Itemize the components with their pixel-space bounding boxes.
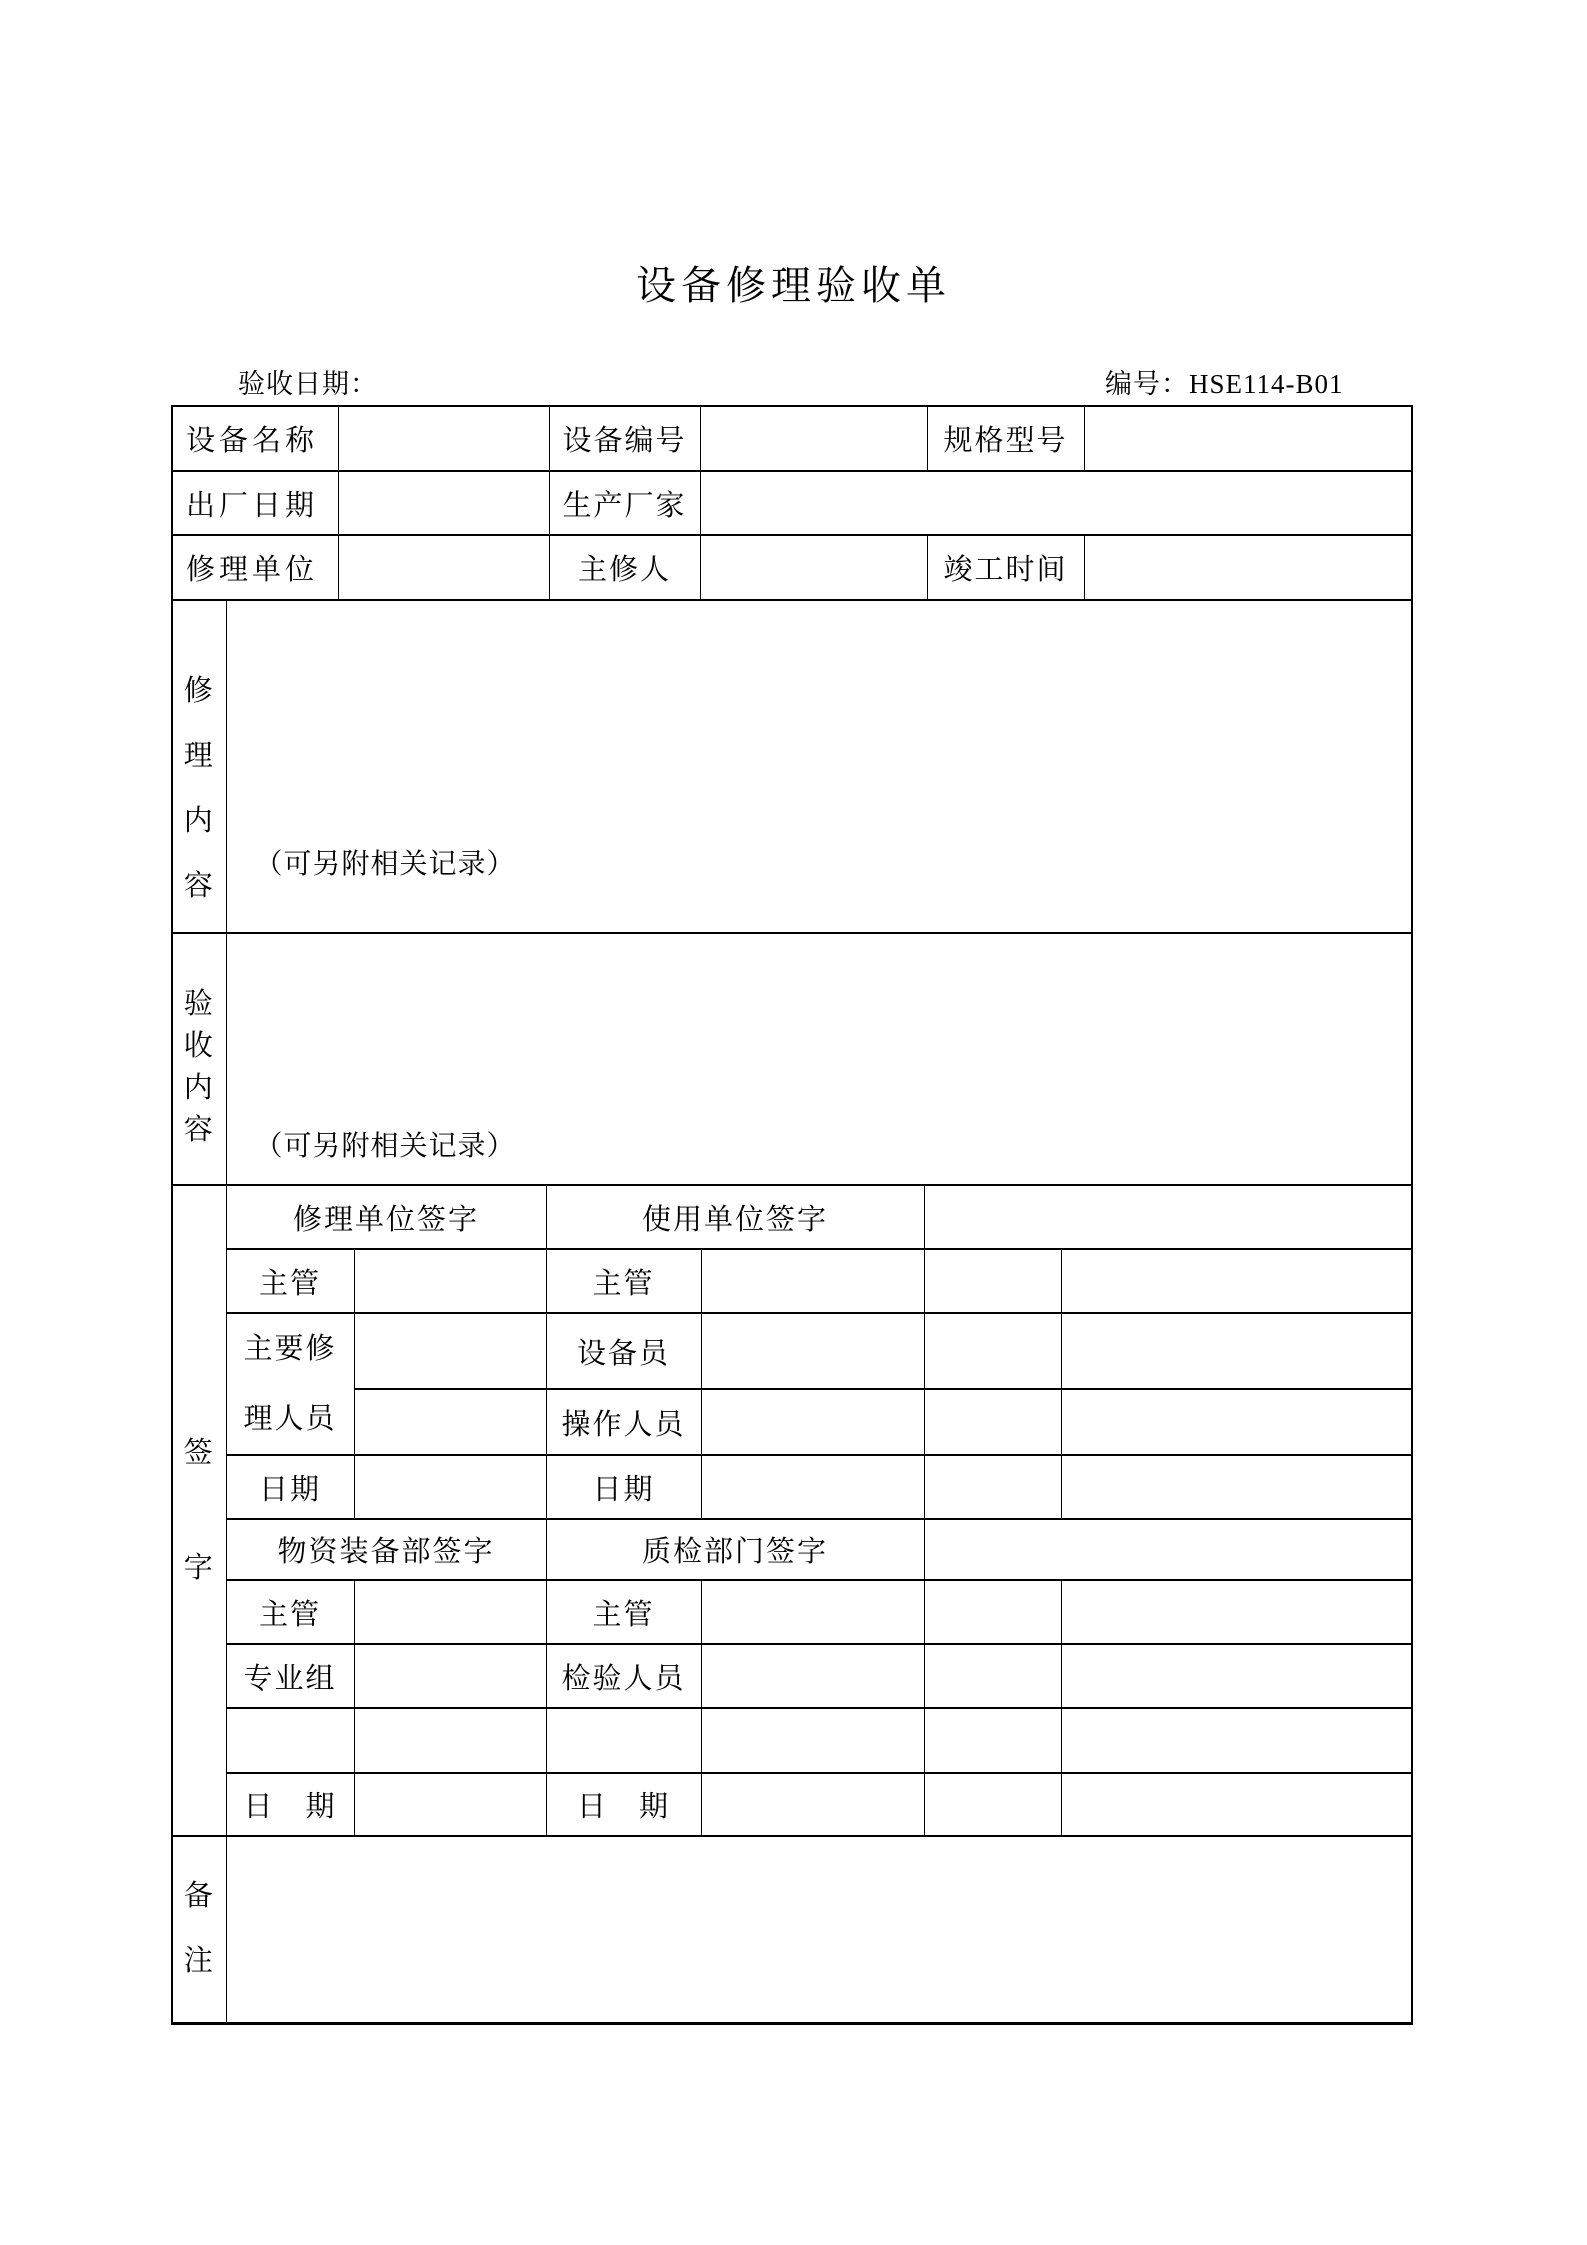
sign-cell[interactable] [1061,1773,1412,1836]
supervisor-material-value[interactable] [354,1580,546,1644]
equipment-clerk-value[interactable] [701,1313,924,1389]
specialty-group-value[interactable] [354,1644,546,1708]
equipment-name-label: 设备名称 [172,406,338,471]
spec-model-value[interactable] [1084,406,1412,471]
sign-cell[interactable] [1061,1580,1412,1644]
acceptance-content-area[interactable]: （可另附相关记录） [226,933,1412,1185]
specialty-group-label: 专业组 [226,1644,354,1708]
acceptance-date-label: 验收日期： [238,362,378,401]
table-row: 操作人员 [172,1389,1412,1455]
sign-cell[interactable] [924,1455,1061,1519]
factory-date-label: 出厂日期 [172,471,338,535]
material-dept-sign-header: 物资装备部签字 [226,1519,546,1580]
meta-line: 验收日期： 编号：HSE114-B01 [0,362,1587,396]
manufacturer-value[interactable] [700,471,1412,535]
date-qc-value[interactable] [701,1773,924,1836]
date-repair-label: 日期 [226,1455,354,1519]
sign-cell[interactable] [1061,1455,1412,1519]
document-page: 设备修理验收单 验收日期： 编号：HSE114-B01 设备名称 设备编号 规格… [0,0,1587,2245]
factory-date-value[interactable] [338,471,549,535]
sign-cell[interactable] [924,1644,1061,1708]
main-repairer-value-2[interactable] [354,1389,546,1455]
table-row: 修理单位 主修人 竣工时间 [172,535,1412,600]
sign-cell[interactable] [924,1389,1061,1455]
completion-time-value[interactable] [1084,535,1412,600]
table-row: 日 期 日 期 [172,1773,1412,1836]
main-repairer-label: 主要修 理人员 [226,1313,354,1455]
supervisor-user-value[interactable] [701,1249,924,1313]
acceptance-content-note: （可另附相关记录） [255,1124,516,1164]
qc-dept-sign-header: 质检部门签字 [546,1519,924,1580]
repair-unit-sign-header: 修理单位签字 [226,1185,546,1249]
remarks-area[interactable] [226,1836,1412,2023]
table-row: 物资装备部签字 质检部门签字 [172,1519,1412,1580]
manufacturer-label: 生产厂家 [549,471,700,535]
sign-cell[interactable] [546,1708,701,1773]
sign-cell[interactable] [924,1708,1061,1773]
sign-cell[interactable] [1061,1313,1412,1389]
inspector-value[interactable] [701,1644,924,1708]
user-unit-sign-header: 使用单位签字 [546,1185,924,1249]
sign-header-spare-cell[interactable] [924,1185,1412,1249]
table-row: 出厂日期 生产厂家 [172,471,1412,535]
date-material-label: 日 期 [226,1773,354,1836]
supervisor-user-label: 主管 [546,1249,701,1313]
date-repair-value[interactable] [354,1455,546,1519]
table-row: 专业组 检验人员 [172,1644,1412,1708]
sign-cell[interactable] [226,1708,354,1773]
main-repairer-value-1[interactable] [354,1313,546,1389]
remarks-label: 备 注 [172,1836,226,2023]
repair-content-area[interactable]: （可另附相关记录） [226,600,1412,933]
sign-cell[interactable] [1061,1249,1412,1313]
supervisor-material-label: 主管 [226,1580,354,1644]
chief-repairer-value[interactable] [700,535,927,600]
equipment-no-value[interactable] [700,406,927,471]
table-row: 主管 主管 [172,1249,1412,1313]
supervisor-qc-value[interactable] [701,1580,924,1644]
signature-label: 签 字 [172,1185,226,1836]
doc-number: 编号：HSE114-B01 [1105,362,1344,401]
sign-cell[interactable] [924,1773,1061,1836]
operator-label: 操作人员 [546,1389,701,1455]
supervisor-repair-label: 主管 [226,1249,354,1313]
repair-unit-label: 修理单位 [172,535,338,600]
date-user-label: 日期 [546,1455,701,1519]
info-table: 设备名称 设备编号 规格型号 出厂日期 生产厂家 修理单位 主修人 竣工时间 修 [171,405,1413,1186]
sign-cell[interactable] [924,1249,1061,1313]
table-row: 主管 主管 [172,1580,1412,1644]
sign-cell[interactable] [701,1708,924,1773]
supervisor-repair-value[interactable] [354,1249,546,1313]
repair-content-label: 修 理 内 容 [172,600,226,933]
table-row: 日期 日期 [172,1455,1412,1519]
table-row: 主要修 理人员 设备员 [172,1313,1412,1389]
operator-value[interactable] [701,1389,924,1455]
page-title: 设备修理验收单 [0,254,1587,311]
signature-table: 签 字 修理单位签字 使用单位签字 主管 主管 主要修 理人员 设备员 [171,1184,1413,2025]
date-qc-label: 日 期 [546,1773,701,1836]
table-row [172,1708,1412,1773]
table-row: 备 注 [172,1836,1412,2023]
table-row: 设备名称 设备编号 规格型号 [172,406,1412,471]
repair-content-note: （可另附相关记录） [255,842,516,882]
repair-unit-value[interactable] [338,535,549,600]
date-user-value[interactable] [701,1455,924,1519]
sign-cell[interactable] [354,1708,546,1773]
chief-repairer-label: 主修人 [549,535,700,600]
table-row: 签 字 修理单位签字 使用单位签字 [172,1185,1412,1249]
inspector-label: 检验人员 [546,1644,701,1708]
sign-cell[interactable] [924,1580,1061,1644]
spec-model-label: 规格型号 [927,406,1084,471]
table-row: 验 收 内 容 （可另附相关记录） [172,933,1412,1185]
equipment-name-value[interactable] [338,406,549,471]
table-row: 修 理 内 容 （可另附相关记录） [172,600,1412,933]
equipment-clerk-label: 设备员 [546,1313,701,1389]
date-material-value[interactable] [354,1773,546,1836]
completion-time-label: 竣工时间 [927,535,1084,600]
acceptance-content-label: 验 收 内 容 [172,933,226,1185]
sign-cell[interactable] [924,1313,1061,1389]
sign-cell[interactable] [1061,1708,1412,1773]
supervisor-qc-label: 主管 [546,1580,701,1644]
sign-cell[interactable] [1061,1644,1412,1708]
sign-header-spare-cell[interactable] [924,1519,1412,1580]
sign-cell[interactable] [1061,1389,1412,1455]
equipment-no-label: 设备编号 [549,406,700,471]
